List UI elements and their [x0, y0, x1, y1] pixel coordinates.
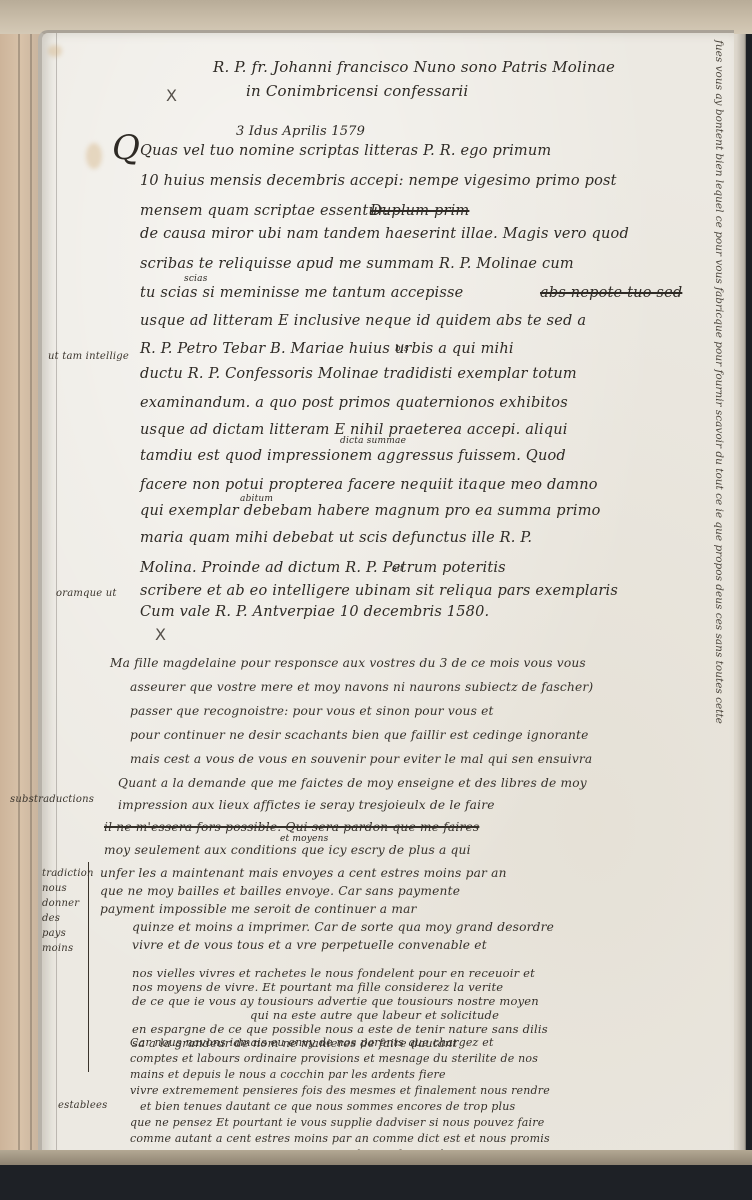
letter2-line: que ne pensez Et pourtant ie vous suppli…	[130, 1116, 544, 1129]
letter2-line: comptes et labours ordinaire provisions …	[130, 1052, 538, 1065]
letter2-lower-block: Car nous navons iamais eu envy de nos pa…	[0, 0, 752, 1200]
letter2-line: mains et depuis le nous a cocchin par le…	[130, 1068, 446, 1081]
letter2-line: Car nous navons iamais eu envy de nos pa…	[130, 1036, 494, 1049]
letter2-line: vivre extremement pensieres fois des mes…	[130, 1084, 550, 1097]
scan-background	[0, 1165, 752, 1200]
margin-note: establees	[58, 1100, 107, 1111]
letter2-line: comme autant a cent estres moins par an …	[130, 1132, 550, 1145]
manuscript-viewer: X R. P. fr. Johanni francisco Nuno sono …	[0, 0, 752, 1200]
letter2-line: et bien tenues dautant ce que nous somme…	[140, 1100, 515, 1113]
right-margin-vertical-note: fues vous ay bontent bien lequel ce pour…	[713, 40, 725, 1160]
